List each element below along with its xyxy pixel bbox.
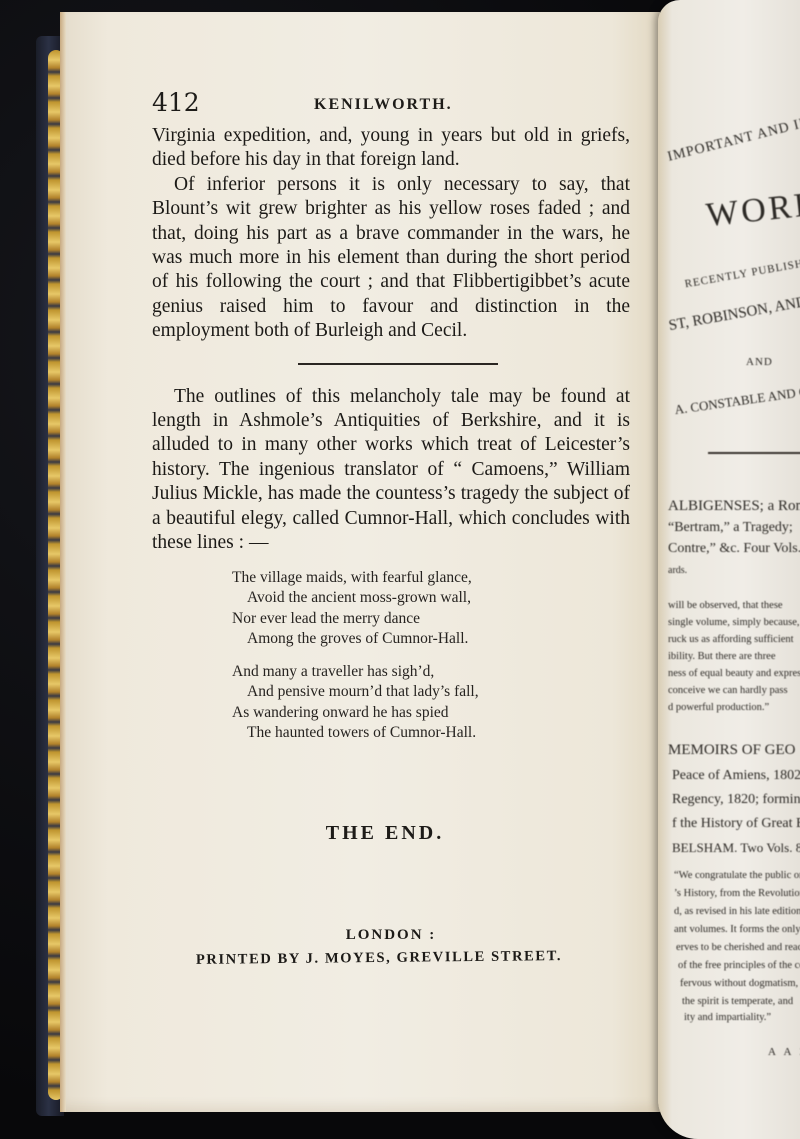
- facing-entry1-quote-line: conceive we can hardly pass: [668, 685, 788, 696]
- poem-line: And pensive mourn’d that lady’s fall,: [232, 682, 630, 703]
- facing-divider-rule: [708, 452, 800, 454]
- facing-header-publisher: ST, ROBINSON, AND: [668, 294, 800, 335]
- page-number: 412: [152, 88, 200, 117]
- section-divider-rule: [298, 363, 498, 365]
- facing-entry2-quote-line: ’s History, from the Revolution: [674, 888, 800, 899]
- facing-entry2-line: Peace of Amiens, 1802, to: [672, 768, 800, 784]
- facing-entry1-quote-line: ness of equal beauty and express: [668, 668, 800, 679]
- poem-stanza: The village maids, with fearful glance, …: [232, 568, 630, 650]
- running-title: KENILWORTH.: [314, 96, 453, 114]
- facing-entry1-quote-line: ruck us as affording sufficient: [668, 634, 794, 645]
- facing-header-line: IMPORTANT AND INT: [666, 112, 800, 165]
- facing-entry1-line: Contre,” &c. Four Vols.: [668, 541, 800, 557]
- facing-entry2-line: Regency, 1820; forming: [672, 792, 800, 808]
- poem-line: As wandering onward he has spied: [232, 703, 630, 724]
- poem-line: The village maids, with fearful glance,: [232, 568, 630, 589]
- facing-entry1-title: ALBIGENSES; a Roma: [668, 498, 800, 515]
- facing-page: IMPORTANT AND INT WORKS RECENTLY PUBLISH…: [658, 0, 800, 1139]
- facing-entry2-quote-line: ity and impartiality.”: [684, 1012, 771, 1023]
- the-end-heading: THE END.: [146, 822, 624, 845]
- facing-entry2-quote-line: the spirit is temperate, and: [682, 996, 793, 1007]
- facing-entry1-quote-line: single volume, simply because,: [668, 617, 800, 628]
- facing-signature-mark: A A 2: [768, 1046, 800, 1058]
- facing-entry2-line: f the History of Great B: [672, 816, 800, 832]
- facing-entry1-quote-line: d powerful production.”: [668, 702, 769, 713]
- poem-cumnor-hall: The village maids, with fearful glance, …: [232, 568, 630, 744]
- poem-line: Nor ever lead the merry dance: [232, 609, 630, 630]
- facing-entry2-quote-line: fervous without dogmatism, and: [680, 978, 800, 989]
- facing-entry1-line: “Bertram,” a Tragedy;: [668, 520, 793, 536]
- poem-line: Avoid the ancient moss-grown wall,: [232, 588, 630, 609]
- left-page-edge: [60, 12, 66, 1112]
- facing-entry1-line: ards.: [668, 565, 687, 576]
- text-column: 412 KENILWORTH. Virginia expedition, and…: [152, 88, 630, 967]
- facing-entry1-quote-line: will be observed, that these: [668, 600, 783, 611]
- poem-line: And many a traveller has sigh’d,: [232, 662, 630, 683]
- imprint-city: LONDON :: [152, 927, 630, 944]
- poem-line: The haunted towers of Cumnor-Hall.: [232, 723, 630, 744]
- poem-stanza: And many a traveller has sigh’d, And pen…: [232, 662, 630, 744]
- imprint-printer: PRINTED BY J. MOYES, GREVILLE STREET.: [140, 947, 618, 969]
- running-head: 412 KENILWORTH.: [152, 88, 630, 124]
- facing-entry2-line: BELSHAM. Two Vols. 8v: [672, 840, 800, 856]
- paragraph-continuation: Virginia expedition, and, young in years…: [152, 124, 630, 173]
- facing-entry2-title: MEMOIRS OF GEO: [668, 742, 796, 759]
- facing-header-and: AND: [746, 356, 773, 368]
- poem-line: Among the groves of Cumnor-Hall.: [232, 629, 630, 650]
- facing-page-content: IMPORTANT AND INT WORKS RECENTLY PUBLISH…: [668, 0, 800, 1139]
- facing-entry2-quote-line: ant volumes. It forms the only: [674, 924, 800, 935]
- facing-entry2-quote-line: erves to be cherished and read,: [676, 942, 800, 953]
- facing-entry2-quote-line: “We congratulate the public on: [674, 870, 800, 881]
- facing-entry1-quote-line: ibility. But there are three: [668, 651, 776, 662]
- facing-header-works: WORKS: [704, 183, 800, 235]
- paragraph-inferior-persons: Of inferior persons it is only necessary…: [152, 173, 630, 344]
- paragraph-note: The outlines of this melancholy tale may…: [152, 385, 630, 556]
- facing-entry2-quote-line: d, as revised in his late edition: [674, 906, 800, 917]
- facing-header-recently: RECENTLY PUBLISH: [684, 258, 800, 291]
- facing-header-publisher2: A. CONSTABLE AND CO.: [674, 382, 800, 418]
- facing-entry2-quote-line: of the free principles of the con: [678, 960, 800, 971]
